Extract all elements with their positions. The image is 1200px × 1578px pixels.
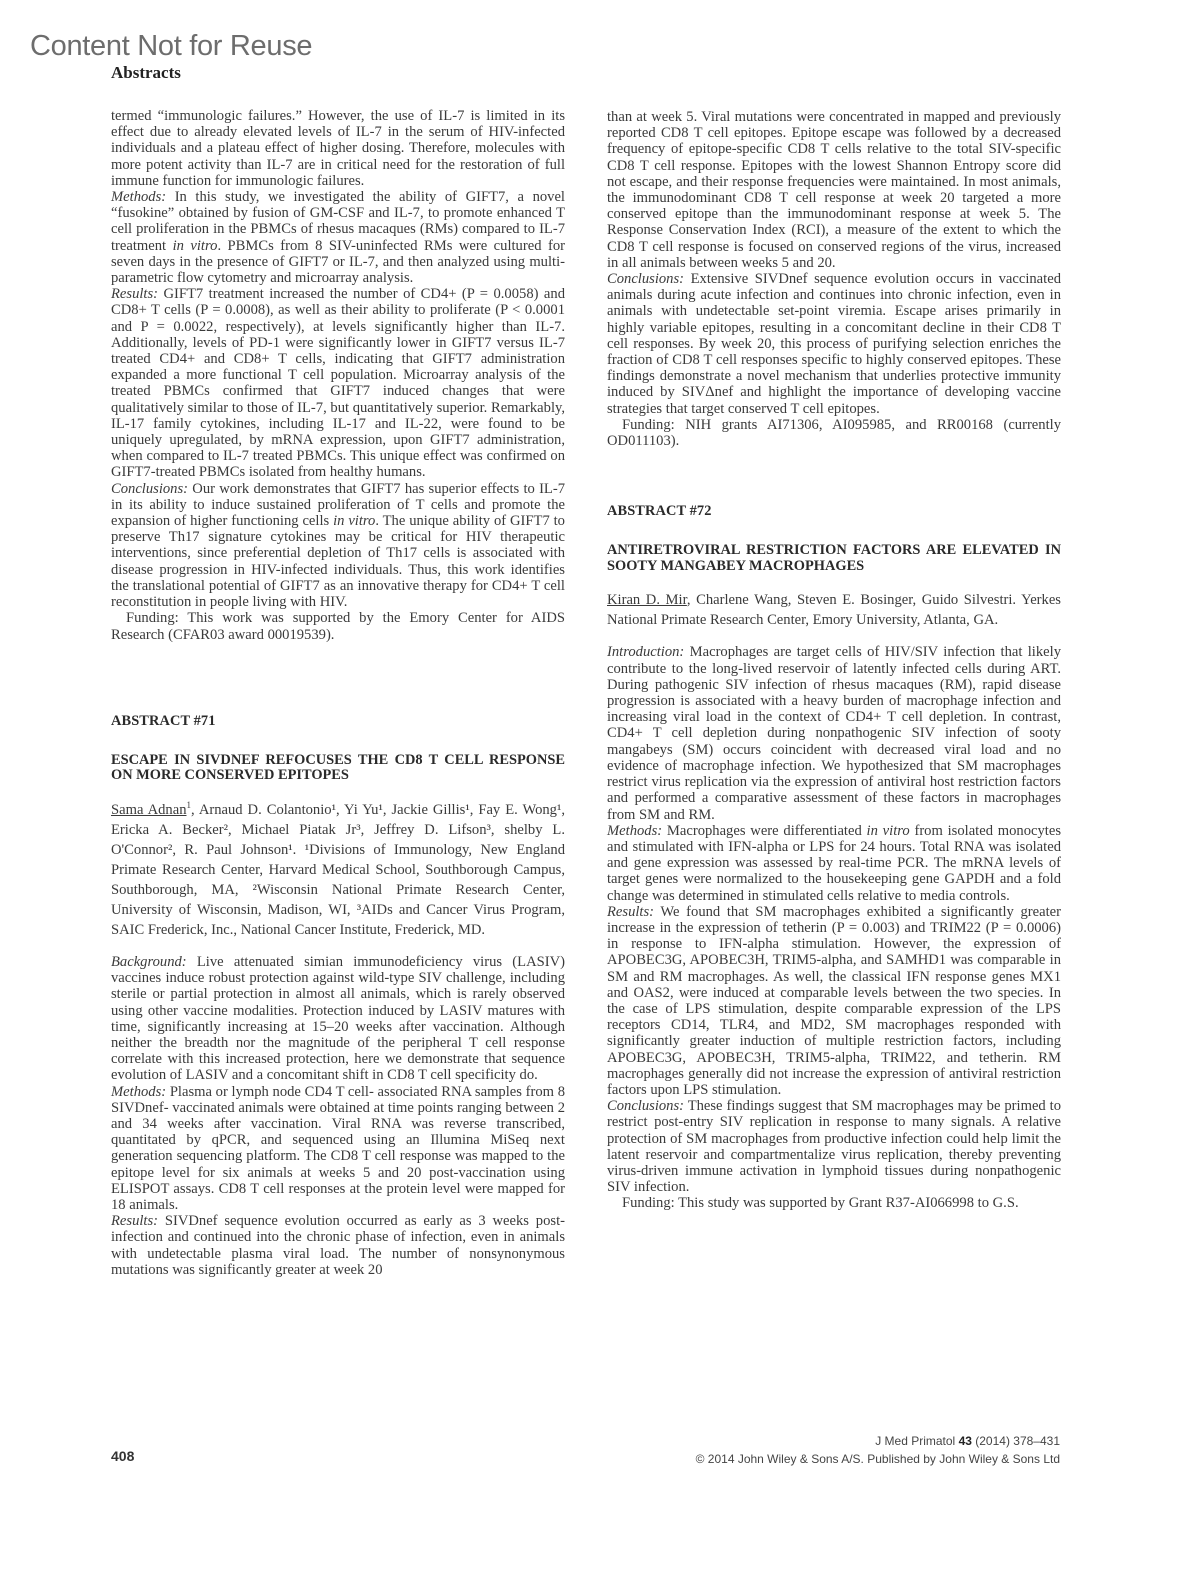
methods-label: Methods: — [111, 1084, 166, 1100]
background-label: Background: — [111, 954, 187, 970]
results-continuation: than at week 5. Viral mutations were con… — [607, 109, 1061, 271]
journal-citation: J Med Primatol 43 (2014) 378–431 — [696, 1432, 1060, 1450]
methods-paragraph: Methods: In this study, we investigated … — [111, 189, 565, 286]
conclusions-label: Conclusions: — [607, 271, 684, 287]
copyright-notice: © 2014 John Wiley & Sons A/S. Published … — [696, 1450, 1060, 1468]
methods-label: Methods: — [111, 189, 166, 205]
abstract-71-authors: Sama Adnan1, Arnaud D. Colantonio¹, Yi Y… — [111, 800, 565, 940]
journal-footer: J Med Primatol 43 (2014) 378–431 © 2014 … — [696, 1432, 1060, 1468]
running-head: Abstracts — [111, 63, 181, 83]
funding-paragraph: Funding: This study was supported by Gra… — [607, 1195, 1061, 1211]
conclusions-paragraph: Conclusions: Extensive SIVDnef sequence … — [607, 271, 1061, 417]
presenting-author: Sama Adnan — [111, 802, 187, 818]
methods-paragraph: Methods: Macrophages were differentiated… — [607, 823, 1061, 904]
funding-paragraph: Funding: This work was supported by the … — [111, 610, 565, 642]
results-paragraph: Results: GIFT7 treatment increased the n… — [111, 286, 565, 480]
introduction-label: Introduction: — [607, 644, 684, 660]
abstract-72-title: ANTIRETROVIRAL RESTRICTION FACTORS ARE E… — [607, 543, 1061, 574]
page-number: 408 — [111, 1448, 134, 1464]
results-label: Results: — [111, 1213, 158, 1229]
abstract-72-authors: Kiran D. Mir, Charlene Wang, Steven E. B… — [607, 590, 1061, 630]
conclusions-label: Conclusions: — [607, 1098, 684, 1114]
introduction-paragraph: Introduction: Macrophages are target cel… — [607, 644, 1061, 822]
left-column: termed “immunologic failures.” However, … — [111, 108, 565, 1278]
methods-paragraph: Methods: Plasma or lymph node CD4 T cell… — [111, 1084, 565, 1214]
methods-label: Methods: — [607, 823, 662, 839]
watermark: Content Not for Reuse — [30, 30, 312, 63]
right-column: than at week 5. Viral mutations were con… — [607, 109, 1061, 1212]
funding-paragraph: Funding: NIH grants AI71306, AI095985, a… — [607, 417, 1061, 449]
intro-continuation: termed “immunologic failures.” However, … — [111, 108, 565, 189]
conclusions-paragraph: Conclusions: Our work demonstrates that … — [111, 481, 565, 611]
results-paragraph: Results: We found that SM macrophages ex… — [607, 904, 1061, 1098]
conclusions-label: Conclusions: — [111, 481, 188, 497]
abstract-72-heading: ABSTRACT #72 — [607, 503, 1061, 519]
results-paragraph: Results: SIVDnef sequence evolution occu… — [111, 1213, 565, 1278]
abstract-71-heading: ABSTRACT #71 — [111, 713, 565, 729]
results-label: Results: — [111, 286, 158, 302]
conclusions-paragraph: Conclusions: These findings suggest that… — [607, 1098, 1061, 1195]
presenting-author: Kiran D. Mir — [607, 592, 687, 608]
background-paragraph: Background: Live attenuated simian immun… — [111, 954, 565, 1084]
results-label: Results: — [607, 904, 654, 920]
abstract-71-title: ESCAPE IN SIVDNEF REFOCUSES THE CD8 T CE… — [111, 753, 565, 784]
